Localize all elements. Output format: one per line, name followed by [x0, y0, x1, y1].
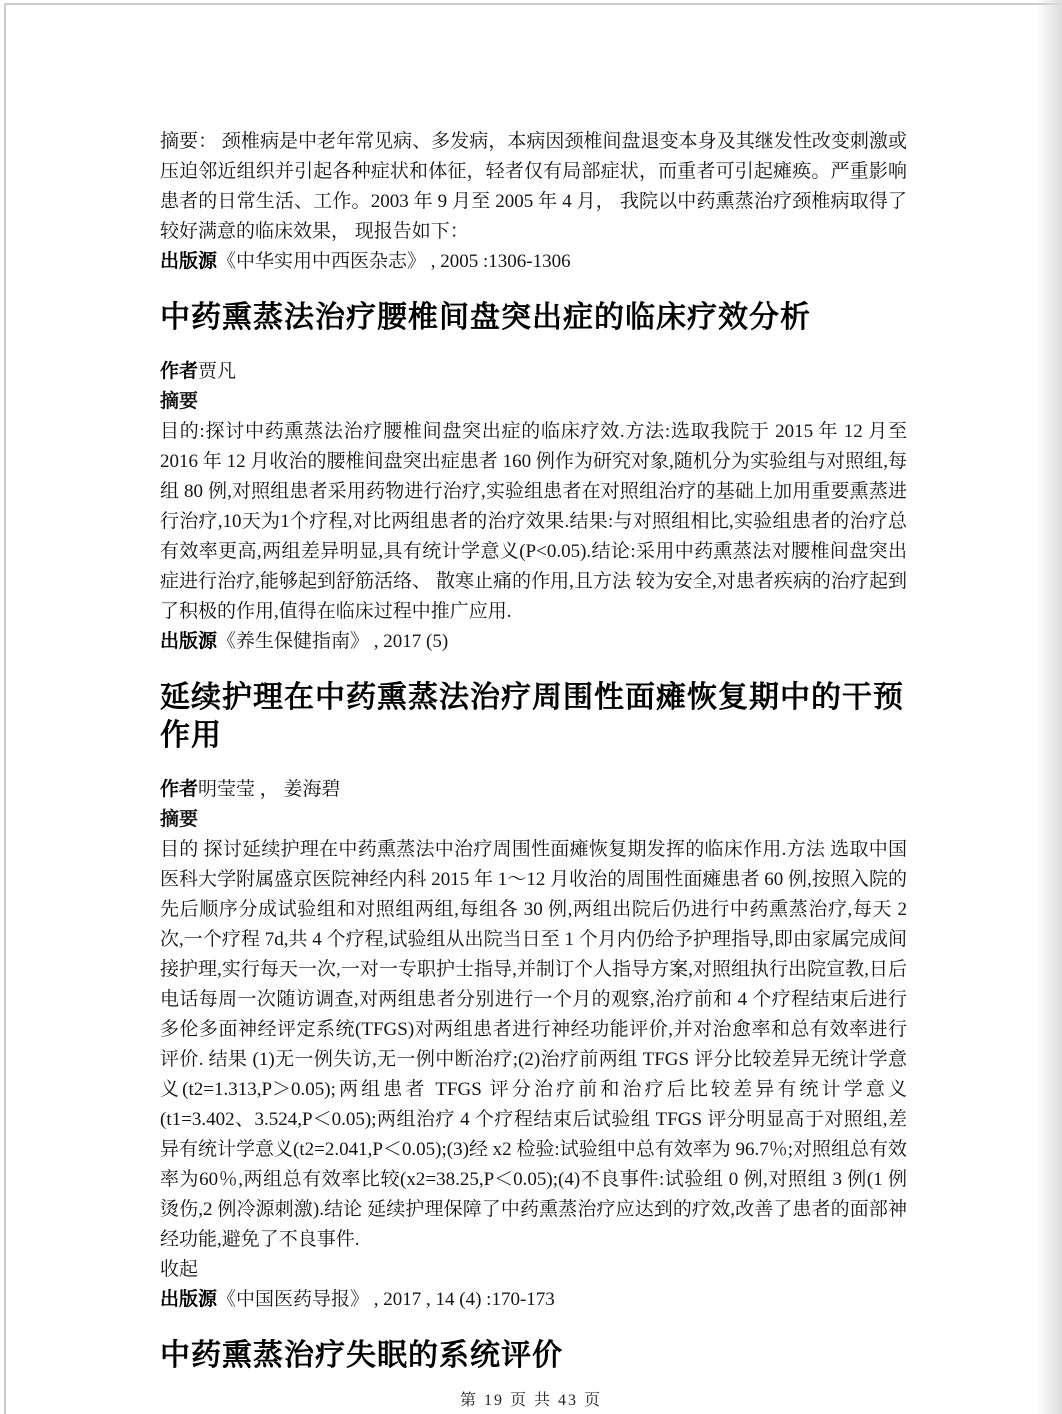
author-names: 贾凡 — [198, 361, 236, 382]
source-value: 《中华实用中西医杂志》 , 2005 :1306-1306 — [217, 251, 571, 272]
collapse-link[interactable]: 收起 — [160, 1255, 907, 1285]
article-abstract-2: 目的 探讨延续护理在中药熏蒸法中治疗周围性面瘫恢复期发挥的临床作用.方法 选取中… — [160, 835, 907, 1255]
page-left-border — [4, 3, 6, 1414]
source-line: 出版源《中华实用中西医杂志》 , 2005 :1306-1306 — [160, 247, 907, 277]
page-content: 摘要： 颈椎病是中老年常见病、多发病，本病因颈椎间盘退变本身及其继发性改变刺激或… — [160, 127, 907, 1395]
source-value: 《中国医药导报》 , 2017 , 14 (4) :170-173 — [217, 1289, 555, 1310]
abstract-continuation-text: 摘要： 颈椎病是中老年常见病、多发病，本病因颈椎间盘退变本身及其继发性改变刺激或… — [160, 127, 907, 247]
author-names: 明莹莹 ， 姜海碧 — [198, 779, 341, 800]
source-label: 出版源 — [160, 251, 217, 272]
abstract-label-1: 摘要 — [160, 387, 907, 417]
source-value: 《养生保健指南》 , 2017 (5) — [217, 631, 448, 652]
author-line-2: 作者明莹莹 ， 姜海碧 — [160, 775, 907, 805]
article-title-2: 延续护理在中药熏蒸法治疗周围性面瘫恢复期中的干预作用 — [160, 679, 907, 755]
page-right-shadow — [1036, 0, 1062, 1414]
document-page: 摘要： 颈椎病是中老年常见病、多发病，本病因颈椎间盘退变本身及其继发性改变刺激或… — [0, 0, 1062, 1414]
page-number-footer: 第 19 页 共 43 页 — [0, 1387, 1062, 1410]
author-label: 作者 — [160, 361, 198, 382]
source-line-1: 出版源《养生保健指南》 , 2017 (5) — [160, 627, 907, 657]
abstract-label-2: 摘要 — [160, 805, 907, 835]
article-abstract-1: 目的:探讨中药熏蒸法治疗腰椎间盘突出症的临床疗效.方法:选取我院于 2015 年… — [160, 417, 907, 627]
article-title-1: 中药熏蒸法治疗腰椎间盘突出症的临床疗效分析 — [160, 299, 907, 337]
author-line-1: 作者贾凡 — [160, 357, 907, 387]
author-label: 作者 — [160, 779, 198, 800]
source-line-2: 出版源《中国医药导报》 , 2017 , 14 (4) :170-173 — [160, 1285, 907, 1315]
article-title-3: 中药熏蒸治疗失眠的系统评价 — [160, 1337, 907, 1375]
page-top-border — [4, 3, 1062, 5]
source-label: 出版源 — [160, 1289, 217, 1310]
source-label: 出版源 — [160, 631, 217, 652]
